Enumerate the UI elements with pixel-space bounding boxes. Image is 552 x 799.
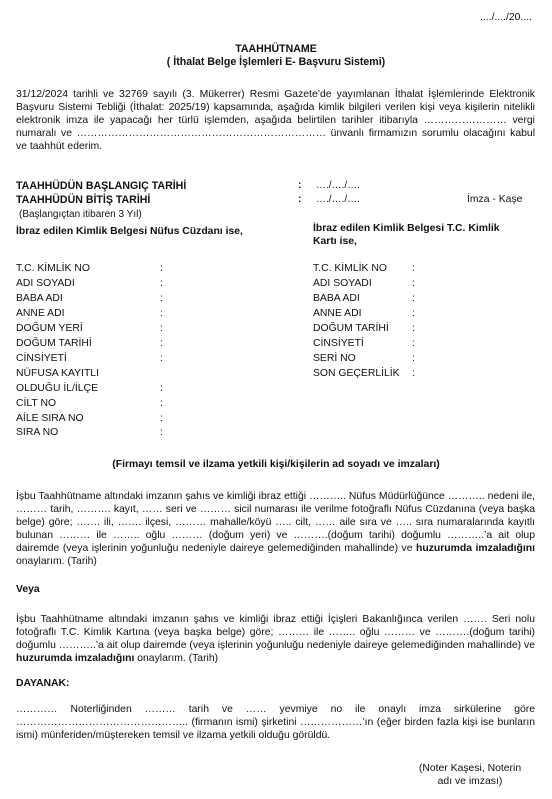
form-field-value[interactable]: : <box>412 263 415 274</box>
signature-stamp-label: İmza - Kaşe <box>467 194 522 205</box>
veya-heading: Veya <box>16 584 40 595</box>
form-field-value[interactable]: : <box>160 398 163 409</box>
kimlik-confirmation-paragraph: İşbu Taahhütname altındaki imzanın şahıs… <box>16 613 535 665</box>
intro-line: numaralı ve ……………………………………………………………… ünv… <box>16 127 535 140</box>
form-field-label: ADI SOYADI <box>16 278 75 289</box>
form-field-label: CİNSİYETİ <box>313 338 364 349</box>
form-field-label: BABA ADI <box>313 293 360 304</box>
kimlik-paragraph-text: İşbu Taahhütname altındaki imzanın şahıs… <box>16 614 535 651</box>
form-field-value[interactable]: : <box>160 353 163 364</box>
form-field-value[interactable]: : <box>412 353 415 364</box>
document-title: TAAHHÜTNAME <box>0 43 552 55</box>
form-field-label: ADI SOYADI <box>313 278 372 289</box>
form-field-label: NÜFUSA KAYITLI <box>16 368 99 379</box>
form-field-label: AİLE SIRA NO <box>16 413 84 424</box>
form-field-label: DOĞUM TARİHİ <box>16 338 92 349</box>
kimlik-paragraph-bold: huzurumda imzaladığını <box>16 653 134 664</box>
form-field-label: SON GEÇERLİLİK <box>313 368 400 379</box>
nufus-paragraph-tail: onaylarım. (Tarih) <box>16 556 97 567</box>
form-field-value[interactable]: : <box>412 323 415 334</box>
form-field-value[interactable]: : <box>160 263 163 274</box>
form-field-label: DOĞUM TARİHİ <box>313 323 389 334</box>
right-form-heading-line: Kartı ise, <box>313 235 500 248</box>
form-field-value[interactable]: : <box>412 308 415 319</box>
form-field-label: BABA ADI <box>16 293 63 304</box>
left-form-heading: İbraz edilen Kimlik Belgesi Nüfus Cüzdan… <box>16 226 243 237</box>
form-field-label: OLDUĞU İL/İLÇE <box>16 383 98 394</box>
nufus-confirmation-paragraph: İşbu Taahhütname altındaki imzanın şahıs… <box>16 490 535 568</box>
form-field-label: ANNE ADI <box>16 308 65 319</box>
form-field-value[interactable]: : <box>160 308 163 319</box>
form-field-value[interactable]: : <box>160 427 163 438</box>
duration-note: (Başlangıçtan itibaren 3 Yıl) <box>19 209 142 220</box>
form-field-value[interactable]: : <box>160 323 163 334</box>
form-field-value[interactable]: : <box>160 338 163 349</box>
intro-line: 31/12/2024 tarihli ve 32769 sayılı (3. M… <box>16 88 535 101</box>
form-field-label: SERİ NO <box>313 353 356 364</box>
start-date-value[interactable]: …./…./…. <box>316 180 360 191</box>
intro-line: elektronik imza ile yapacağı her türlü i… <box>16 114 535 127</box>
end-date-value[interactable]: …./…./…. <box>316 194 360 205</box>
form-field-label: ANNE ADI <box>313 308 362 319</box>
nufus-paragraph-bold: huzurumda imzaladığını <box>416 543 535 554</box>
dayanak-heading: DAYANAK: <box>16 678 70 689</box>
form-field-label: CİLT NO <box>16 398 56 409</box>
form-field-value[interactable]: : <box>160 278 163 289</box>
signature-caption: (Firmayı temsil ve ilzama yetkili kişi/k… <box>0 459 552 470</box>
end-date-label: TAAHHÜDÜN BİTİŞ TARİHİ <box>16 194 150 206</box>
form-field-label: T.C. KİMLİK NO <box>313 263 387 274</box>
form-field-label: T.C. KİMLİK NO <box>16 263 90 274</box>
dayanak-paragraph: ………… Noterliğinden ……… tarih ve …… yevmi… <box>16 703 535 742</box>
kimlik-paragraph-tail: onaylarım. (Tarih) <box>134 653 218 664</box>
form-field-value[interactable]: : <box>412 368 415 379</box>
form-field-label: SIRA NO <box>16 427 58 438</box>
form-field-label: CİNSİYETİ <box>16 353 67 364</box>
intro-paragraph: 31/12/2024 tarihli ve 32769 sayılı (3. M… <box>16 88 535 153</box>
form-field-value[interactable]: : <box>412 338 415 349</box>
right-form-heading: İbraz edilen Kimlik Belgesi T.C. Kimlik … <box>313 222 500 248</box>
notary-caption-line: adı ve imzası) <box>400 775 540 788</box>
intro-line: ve taahhüt ederim. <box>16 140 535 153</box>
right-form-heading-line: İbraz edilen Kimlik Belgesi T.C. Kimlik <box>313 222 500 235</box>
form-field-value[interactable]: : <box>160 293 163 304</box>
form-field-value[interactable]: : <box>160 413 163 424</box>
document-subtitle: ( İthalat Belge İşlemleri E- Başvuru Sis… <box>0 56 552 68</box>
intro-line: Başvuru Sistemi Tebliği (İthalat: 2025/1… <box>16 101 535 114</box>
start-date-colon: : <box>298 180 301 191</box>
notary-caption-line: (Noter Kaşesi, Noterin <box>400 762 540 775</box>
notary-stamp-caption: (Noter Kaşesi, Noterin adı ve imzası) <box>400 762 540 788</box>
form-field-label: DOĞUM YERİ <box>16 323 83 334</box>
form-field-value[interactable]: : <box>412 293 415 304</box>
form-field-value[interactable]: : <box>160 383 163 394</box>
end-date-colon: : <box>298 194 301 205</box>
form-field-value[interactable]: : <box>412 278 415 289</box>
start-date-label: TAAHHÜDÜN BAŞLANGIÇ TARİHİ <box>16 180 186 192</box>
document-date-placeholder: ..../..../20.... <box>480 12 532 23</box>
